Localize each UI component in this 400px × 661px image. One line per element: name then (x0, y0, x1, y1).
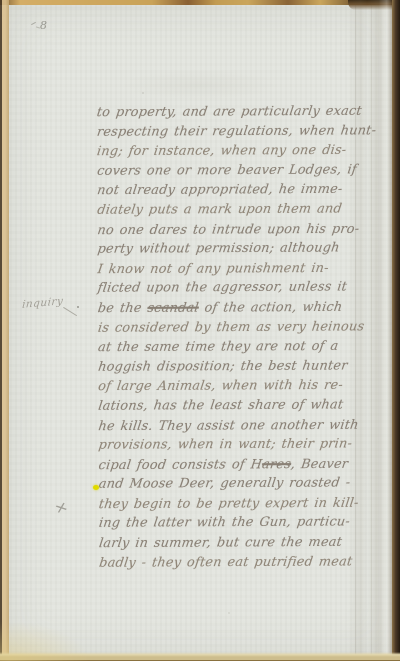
manuscript-line: is considered by them as very heinous (97, 317, 376, 338)
manuscript-line: not already appropriated, he imme- (96, 180, 375, 201)
margin-note-flourish (63, 307, 77, 317)
book-edge-bottom (0, 652, 400, 661)
manuscript-line: covers one or more beaver Lodges, if (96, 160, 375, 181)
manuscript-line: larly in summer, but cure the meat (98, 533, 377, 554)
struck-word: ares (261, 457, 292, 472)
manuscript-line: be the scandal of the action, which (96, 298, 375, 319)
ink-speck (142, 92, 144, 94)
manuscript-line: perty without permission; although (96, 238, 375, 259)
manuscript-page-scan: 8 to property, and are particularly exac… (0, 0, 400, 661)
margin-note-flourish-dot (77, 306, 79, 308)
manuscript-line: I know not of any punishment in- (96, 258, 375, 279)
manuscript-line: badly - they often eat putrified meat (98, 552, 377, 573)
paper-smudge (120, 70, 280, 100)
manuscript-text-block: to property, and are particularly exactr… (97, 101, 375, 573)
manuscript-line: respecting their regulations, when hunt- (96, 121, 375, 142)
yellow-highlight-dot (93, 485, 99, 490)
manuscript-line: and Moose Deer, generally roasted - (97, 474, 376, 495)
manuscript-line: he kills. They assist one another with (97, 415, 376, 436)
manuscript-line: lations, has the least share of what (97, 395, 376, 416)
margin-note-pencil: inquiry (22, 295, 64, 311)
page-number: 8 (40, 19, 48, 32)
book-edge-right (392, 0, 400, 661)
manuscript-line: ing the latter with the Gun, particu- (98, 513, 377, 534)
manuscript-line: hoggish disposition; the best hunter (97, 356, 376, 377)
manuscript-line: to property, and are particularly exact (95, 102, 374, 123)
manuscript-line: at the same time they are not of a (97, 337, 376, 358)
ink-speck (228, 612, 230, 614)
manuscript-line: diately puts a mark upon them and (96, 199, 375, 220)
manuscript-line: flicted upon the aggressor, unless it (96, 278, 375, 299)
manuscript-line: they begin to be pretty expert in kill- (97, 494, 376, 515)
corner-tick-mark (31, 22, 36, 25)
margin-cross-mark: + (49, 497, 73, 519)
manuscript-line: provisions, when in want; their prin- (97, 434, 376, 455)
struck-word: scandal (146, 301, 199, 316)
manuscript-line: no one dares to intrude upon his pro- (96, 219, 375, 240)
manuscript-line: cipal food consists of Hares, Beaver (97, 454, 376, 475)
manuscript-line: ing; for instance, when any one dis- (96, 141, 375, 162)
manuscript-line: of large Animals, when with his re- (97, 376, 376, 397)
book-edge-top (0, 0, 400, 5)
book-binding-left (0, 0, 9, 661)
